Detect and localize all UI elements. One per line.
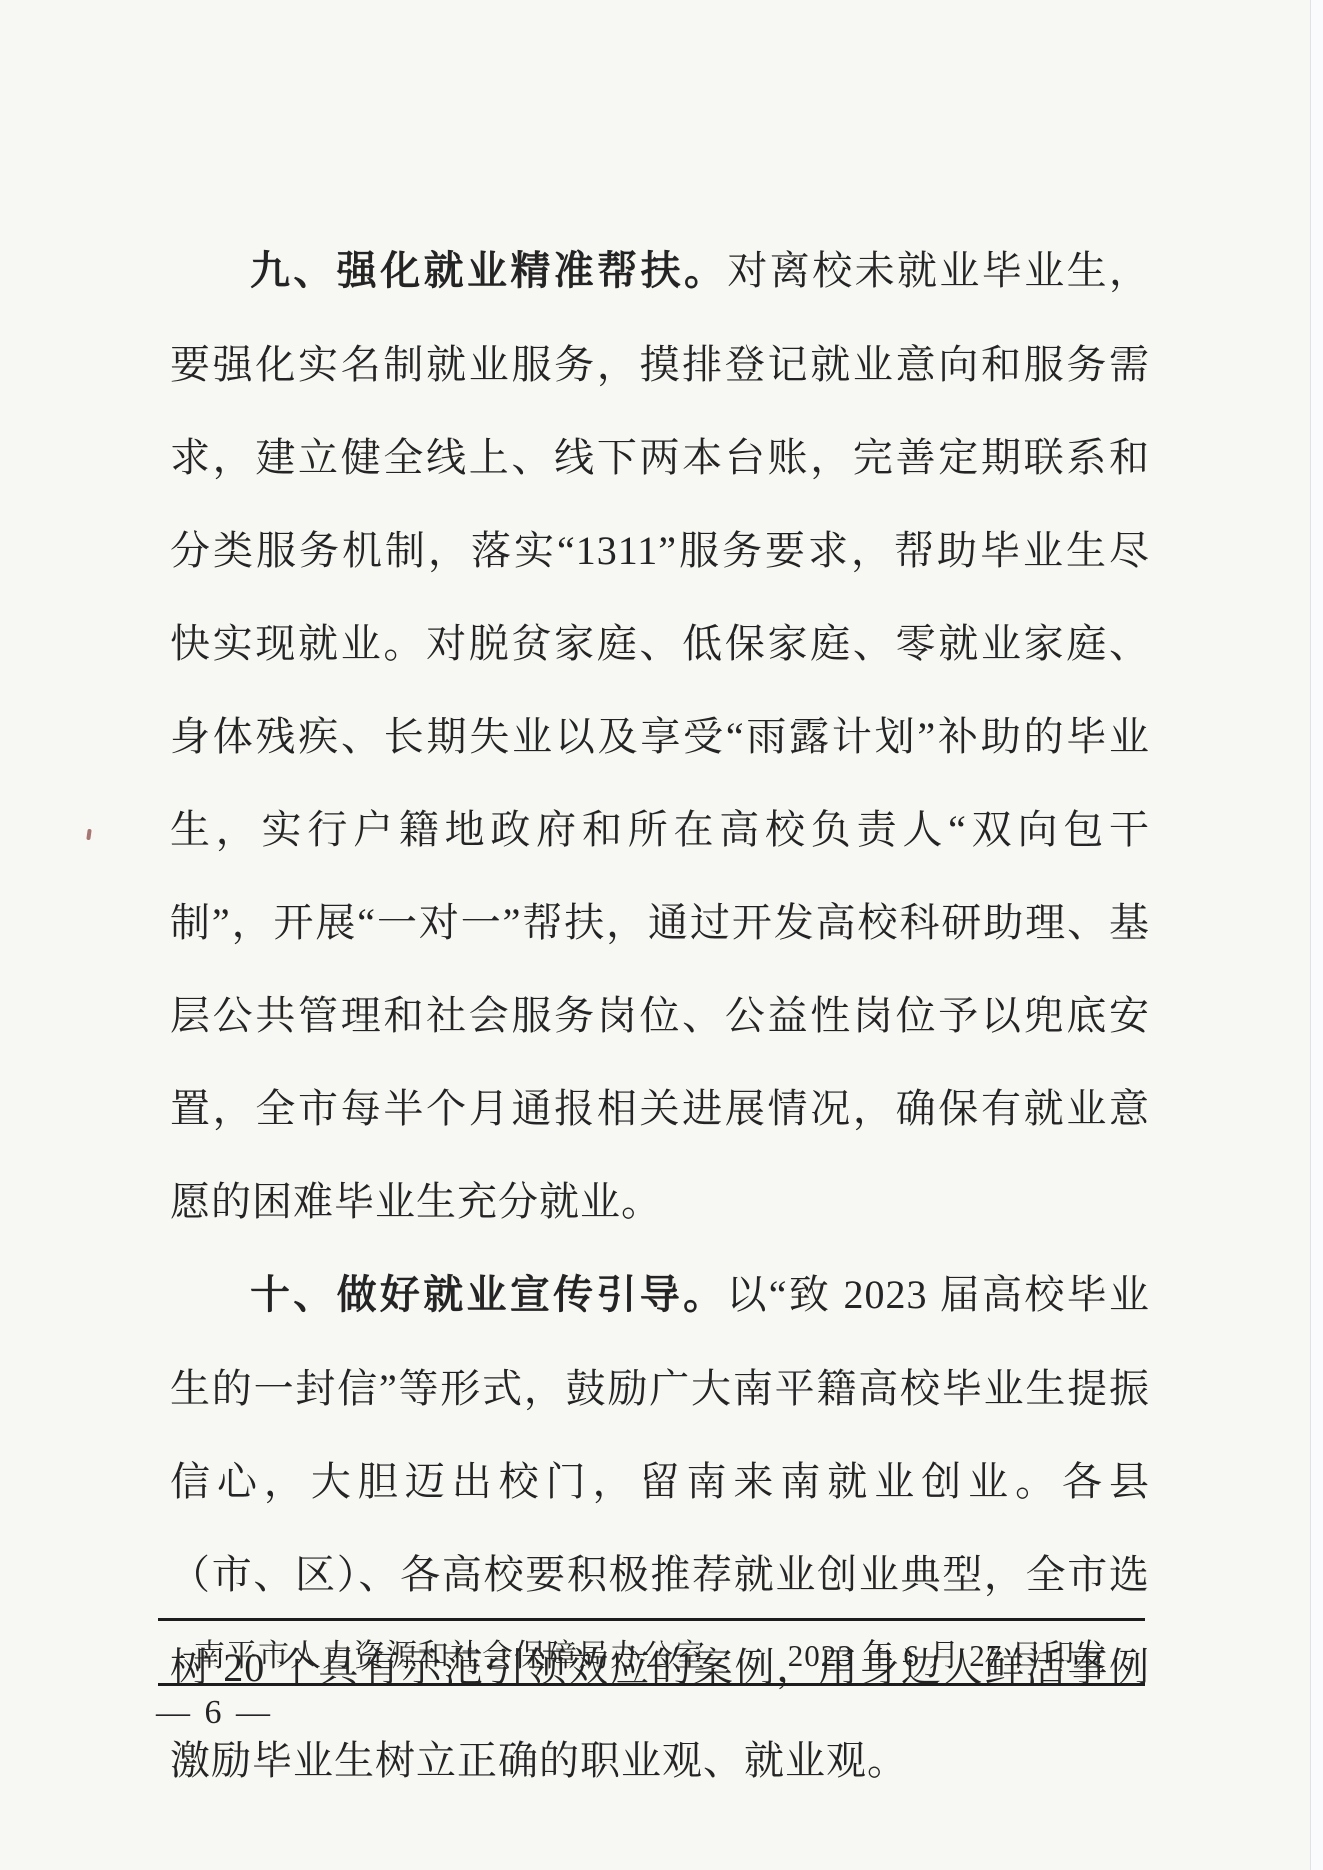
paragraph-section-10: 十、做好就业宣传引导。以“致 2023 届高校毕业生的一封信”等形式，鼓励广大南… [170, 1248, 1150, 1807]
document-body: 九、强化就业精准帮扶。对离校未就业毕业生，要强化实名制就业服务，摸排登记就业意向… [170, 224, 1150, 1807]
section-10-heading: 十、做好就业宣传引导。 [250, 1273, 726, 1317]
section-9-heading: 九、强化就业精准帮扶。 [250, 249, 727, 293]
footer-colophon: 南平市人力资源和社会保障局办公室 2023 年 6 月 27 日印发 [158, 1618, 1145, 1686]
footer-issuer: 南平市人力资源和社会保障局办公室 [194, 1630, 706, 1675]
section-9-text: 对离校未就业毕业生，要强化实名制就业服务，摸排登记就业意向和服务需求，建立健全线… [170, 248, 1150, 1224]
page-number: — 6 — [156, 1694, 273, 1732]
section-10-text: 以“致 2023 届高校毕业生的一封信”等形式，鼓励广大南平籍高校毕业生提振信心… [170, 1272, 1150, 1783]
scanned-document-page: { "page": { "background": "#f7f7f3", "te… [0, 0, 1323, 1870]
scan-speck-artifact [86, 829, 91, 840]
footer-print-date: 2023 年 6 月 27 日印发 [788, 1630, 1107, 1675]
paragraph-section-9: 九、强化就业精准帮扶。对离校未就业毕业生，要强化实名制就业服务，摸排登记就业意向… [170, 224, 1150, 1248]
page-edge-line [1310, 0, 1323, 1870]
